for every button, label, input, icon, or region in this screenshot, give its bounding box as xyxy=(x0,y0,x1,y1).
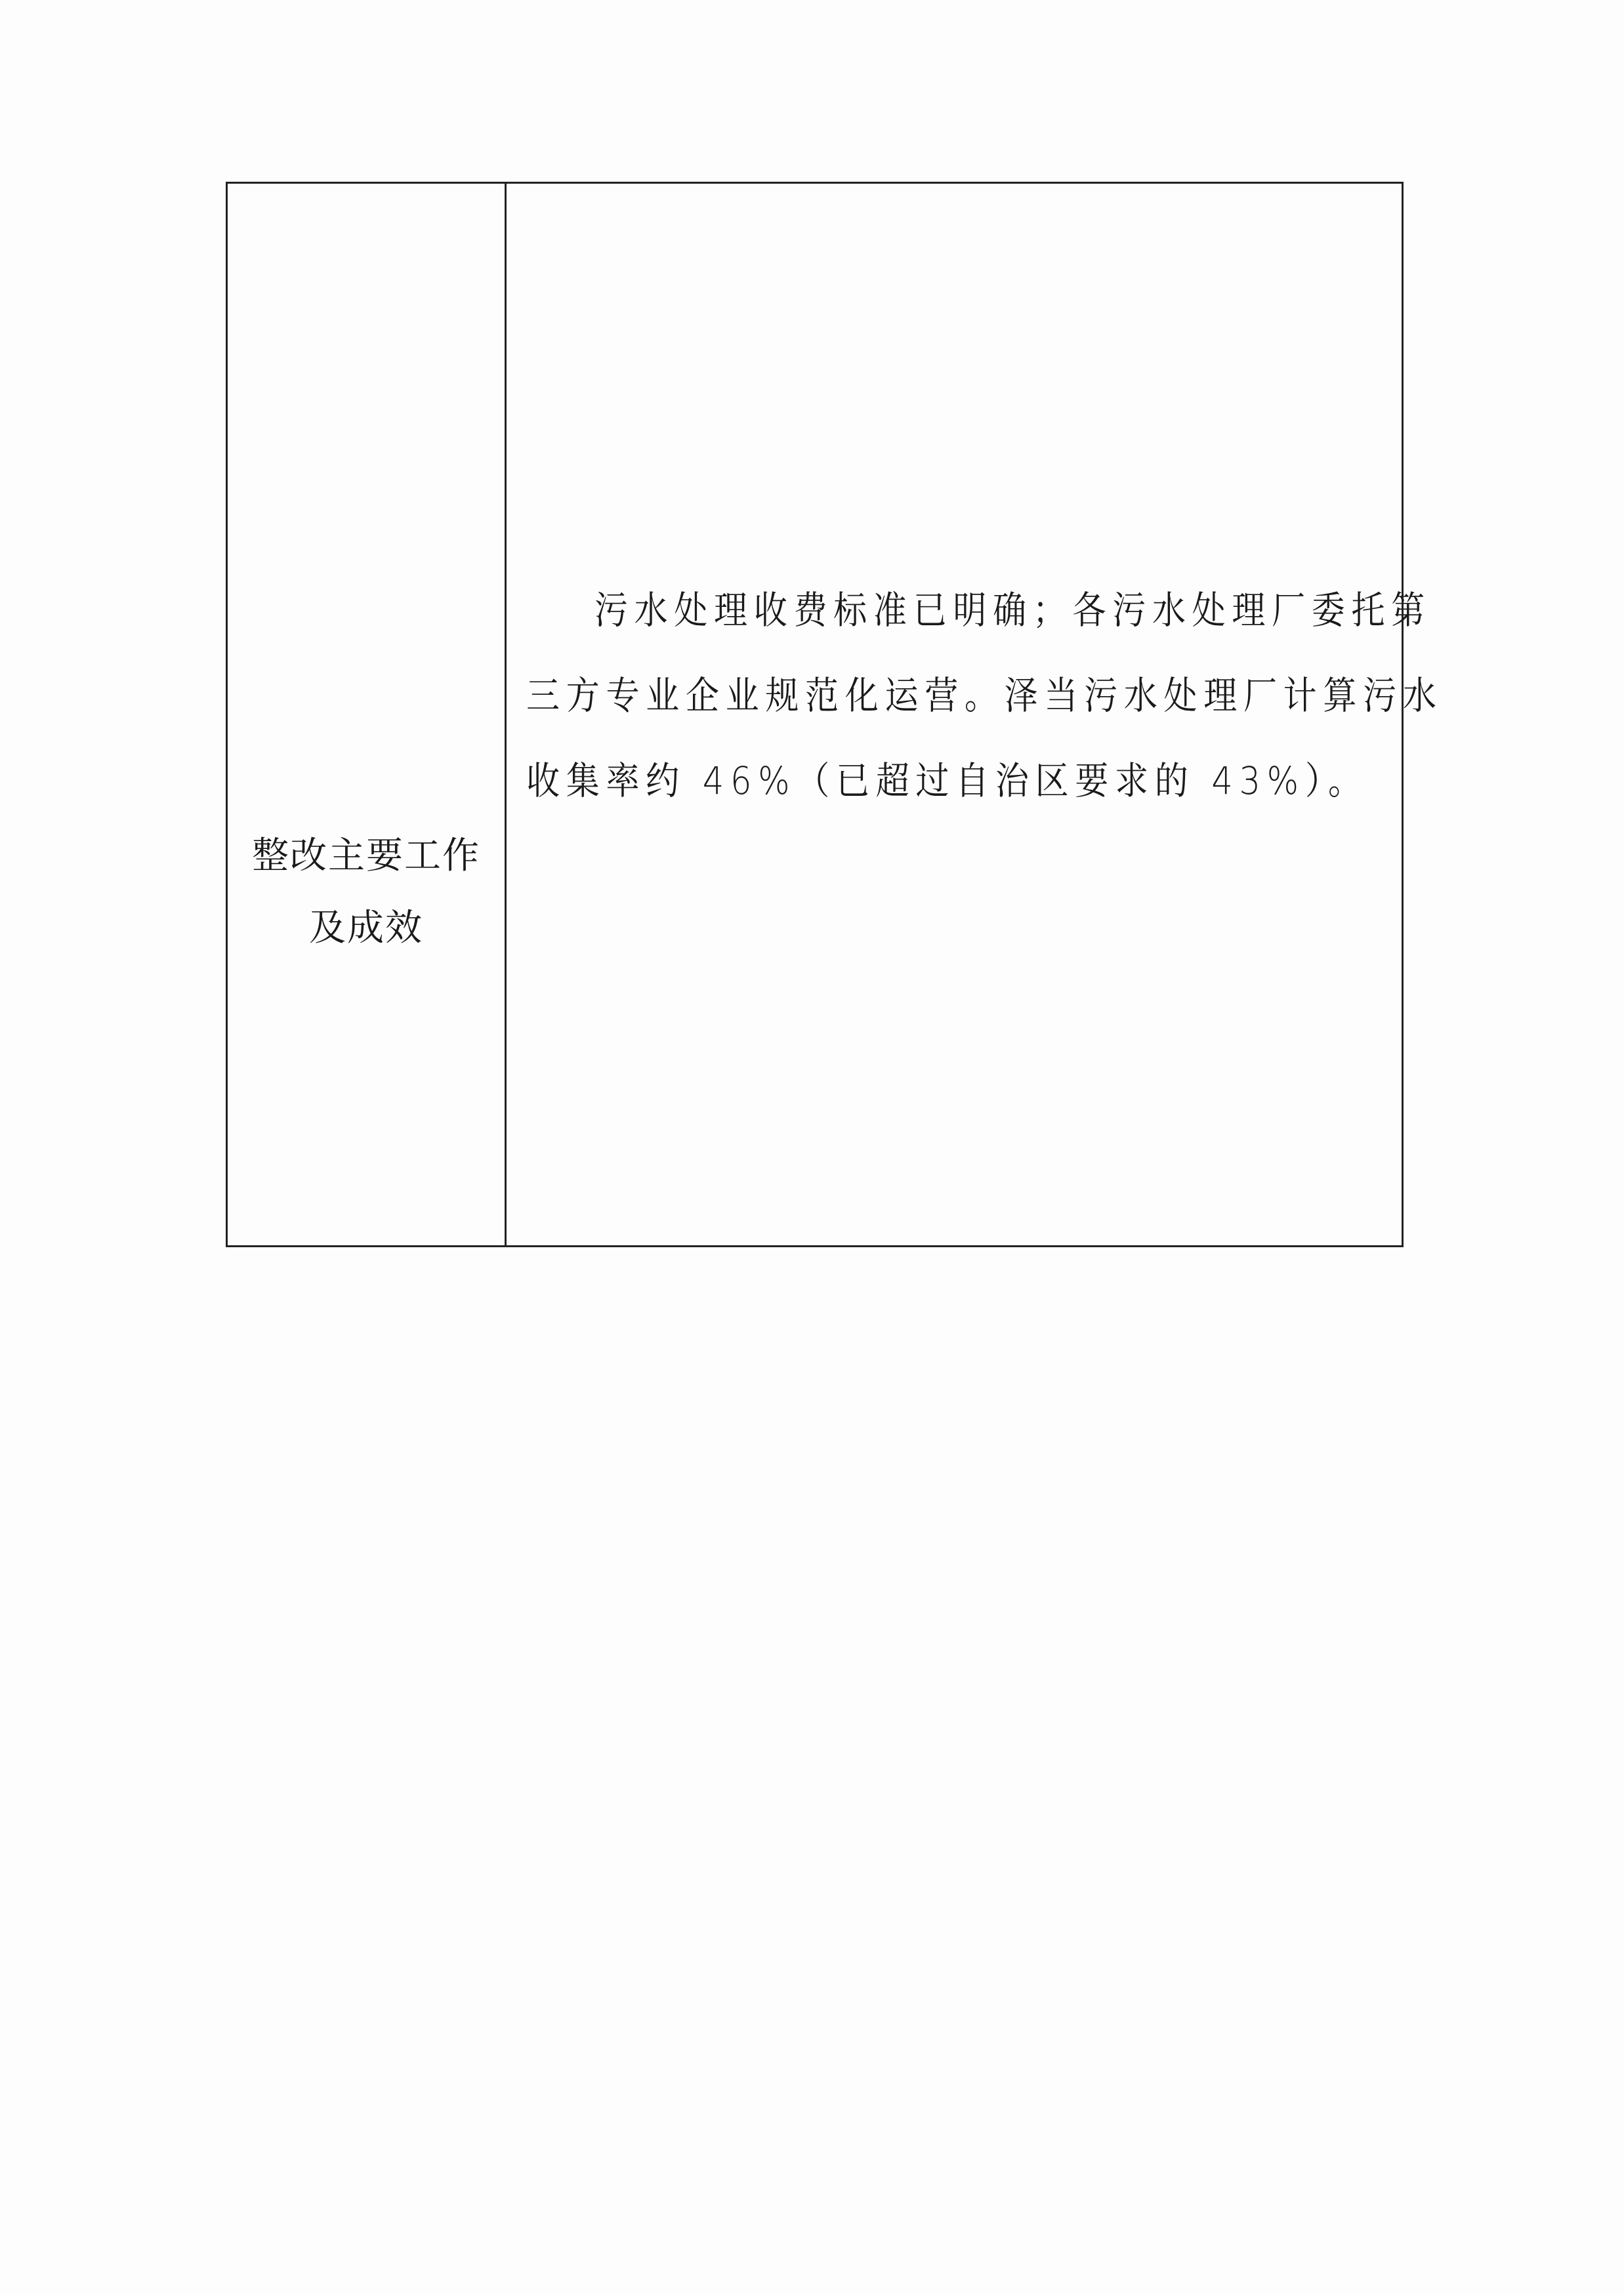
content-line: 三方专业企业规范化运营。泽当污水处理厂计算污水 xyxy=(526,653,1381,738)
rectification-table: 整改主要工作 及成效 污水处理收费标准已明确；各污水处理厂委托第 三方专业企业规… xyxy=(226,182,1404,1247)
row-label-line: 整改主要工作 xyxy=(228,820,505,892)
row-content-cell: 污水处理收费标准已明确；各污水处理厂委托第 三方专业企业规范化运营。泽当污水处理… xyxy=(526,568,1381,823)
content-line: 收集率约 46%（已超过自治区要求的 43%）。 xyxy=(526,738,1381,823)
content-line: 污水处理收费标准已明确；各污水处理厂委托第 xyxy=(526,568,1381,653)
row-label-cell: 整改主要工作 及成效 xyxy=(228,820,505,964)
row-label-line: 及成效 xyxy=(228,892,505,964)
column-divider xyxy=(505,184,507,1245)
